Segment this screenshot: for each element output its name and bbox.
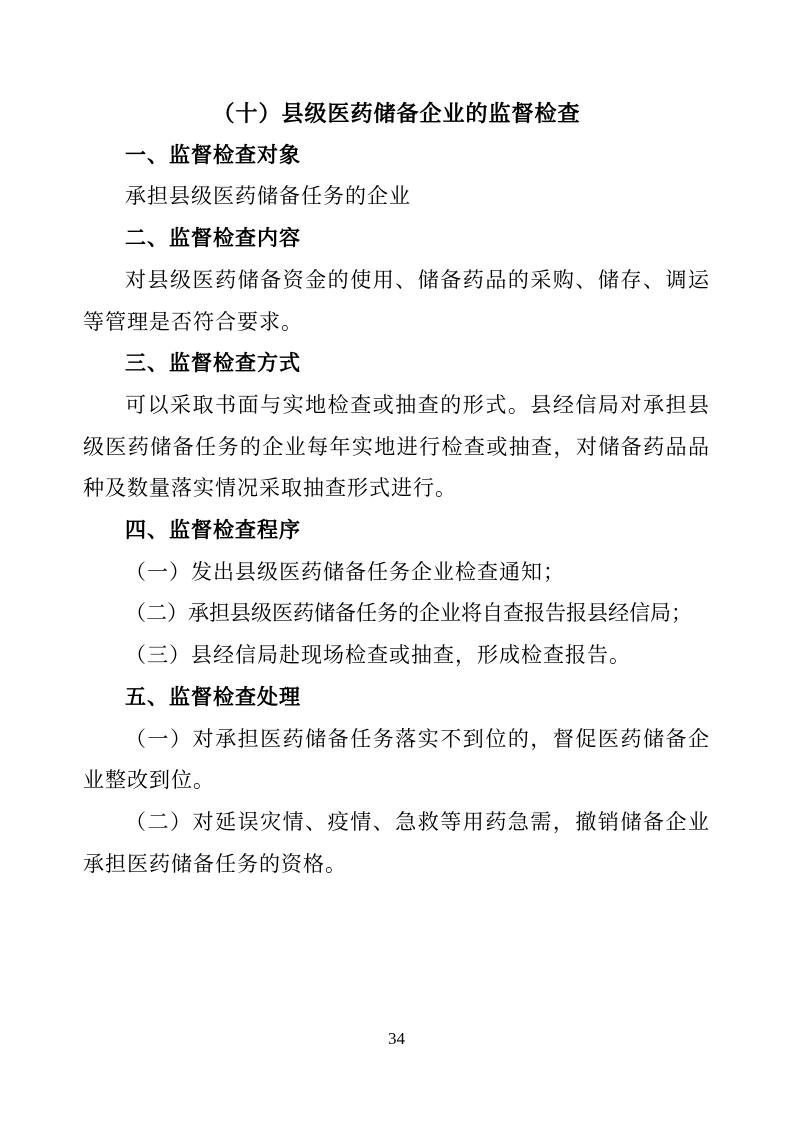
list-item: （二）承担县级医药储备任务的企业将自查报告报县经信局； xyxy=(83,593,710,635)
section-heading-1: 一、监督检查对象 xyxy=(83,135,710,177)
section-heading-4: 四、监督检查程序 xyxy=(83,510,710,552)
section-heading-2: 二、监督检查内容 xyxy=(83,218,710,260)
paragraph: 可以采取书面与实地检查或抽查的形式。县经信局对承担县级医药储备任务的企业每年实地… xyxy=(83,385,710,510)
list-item: （一）对承担医药储备任务落实不到位的，督促医药储备企业整改到位。 xyxy=(83,719,710,802)
list-item: （三）县经信局赴现场检查或抽查，形成检查报告。 xyxy=(83,635,710,677)
document-body: （十）县级医药储备企业的监督检查 一、监督检查对象 承担县级医药储备任务的企业 … xyxy=(83,93,710,885)
list-item: （一）发出县级医药储备任务企业检查通知； xyxy=(83,552,710,594)
paragraph: 承担县级医药储备任务的企业 xyxy=(83,176,710,218)
page-number: 34 xyxy=(0,1028,793,1050)
list-item: （二）对延误灾情、疫情、急救等用药急需，撤销储备企业承担医药储备任务的资格。 xyxy=(83,802,710,885)
section-heading-5: 五、监督检查处理 xyxy=(83,677,710,719)
section-heading-3: 三、监督检查方式 xyxy=(83,343,710,385)
document-page: （十）县级医药储备企业的监督检查 一、监督检查对象 承担县级医药储备任务的企业 … xyxy=(0,0,793,1122)
paragraph: 对县级医药储备资金的使用、储备药品的采购、储存、调运等管理是否符合要求。 xyxy=(83,260,710,343)
page-title: （十）县级医药储备企业的监督检查 xyxy=(83,93,710,135)
